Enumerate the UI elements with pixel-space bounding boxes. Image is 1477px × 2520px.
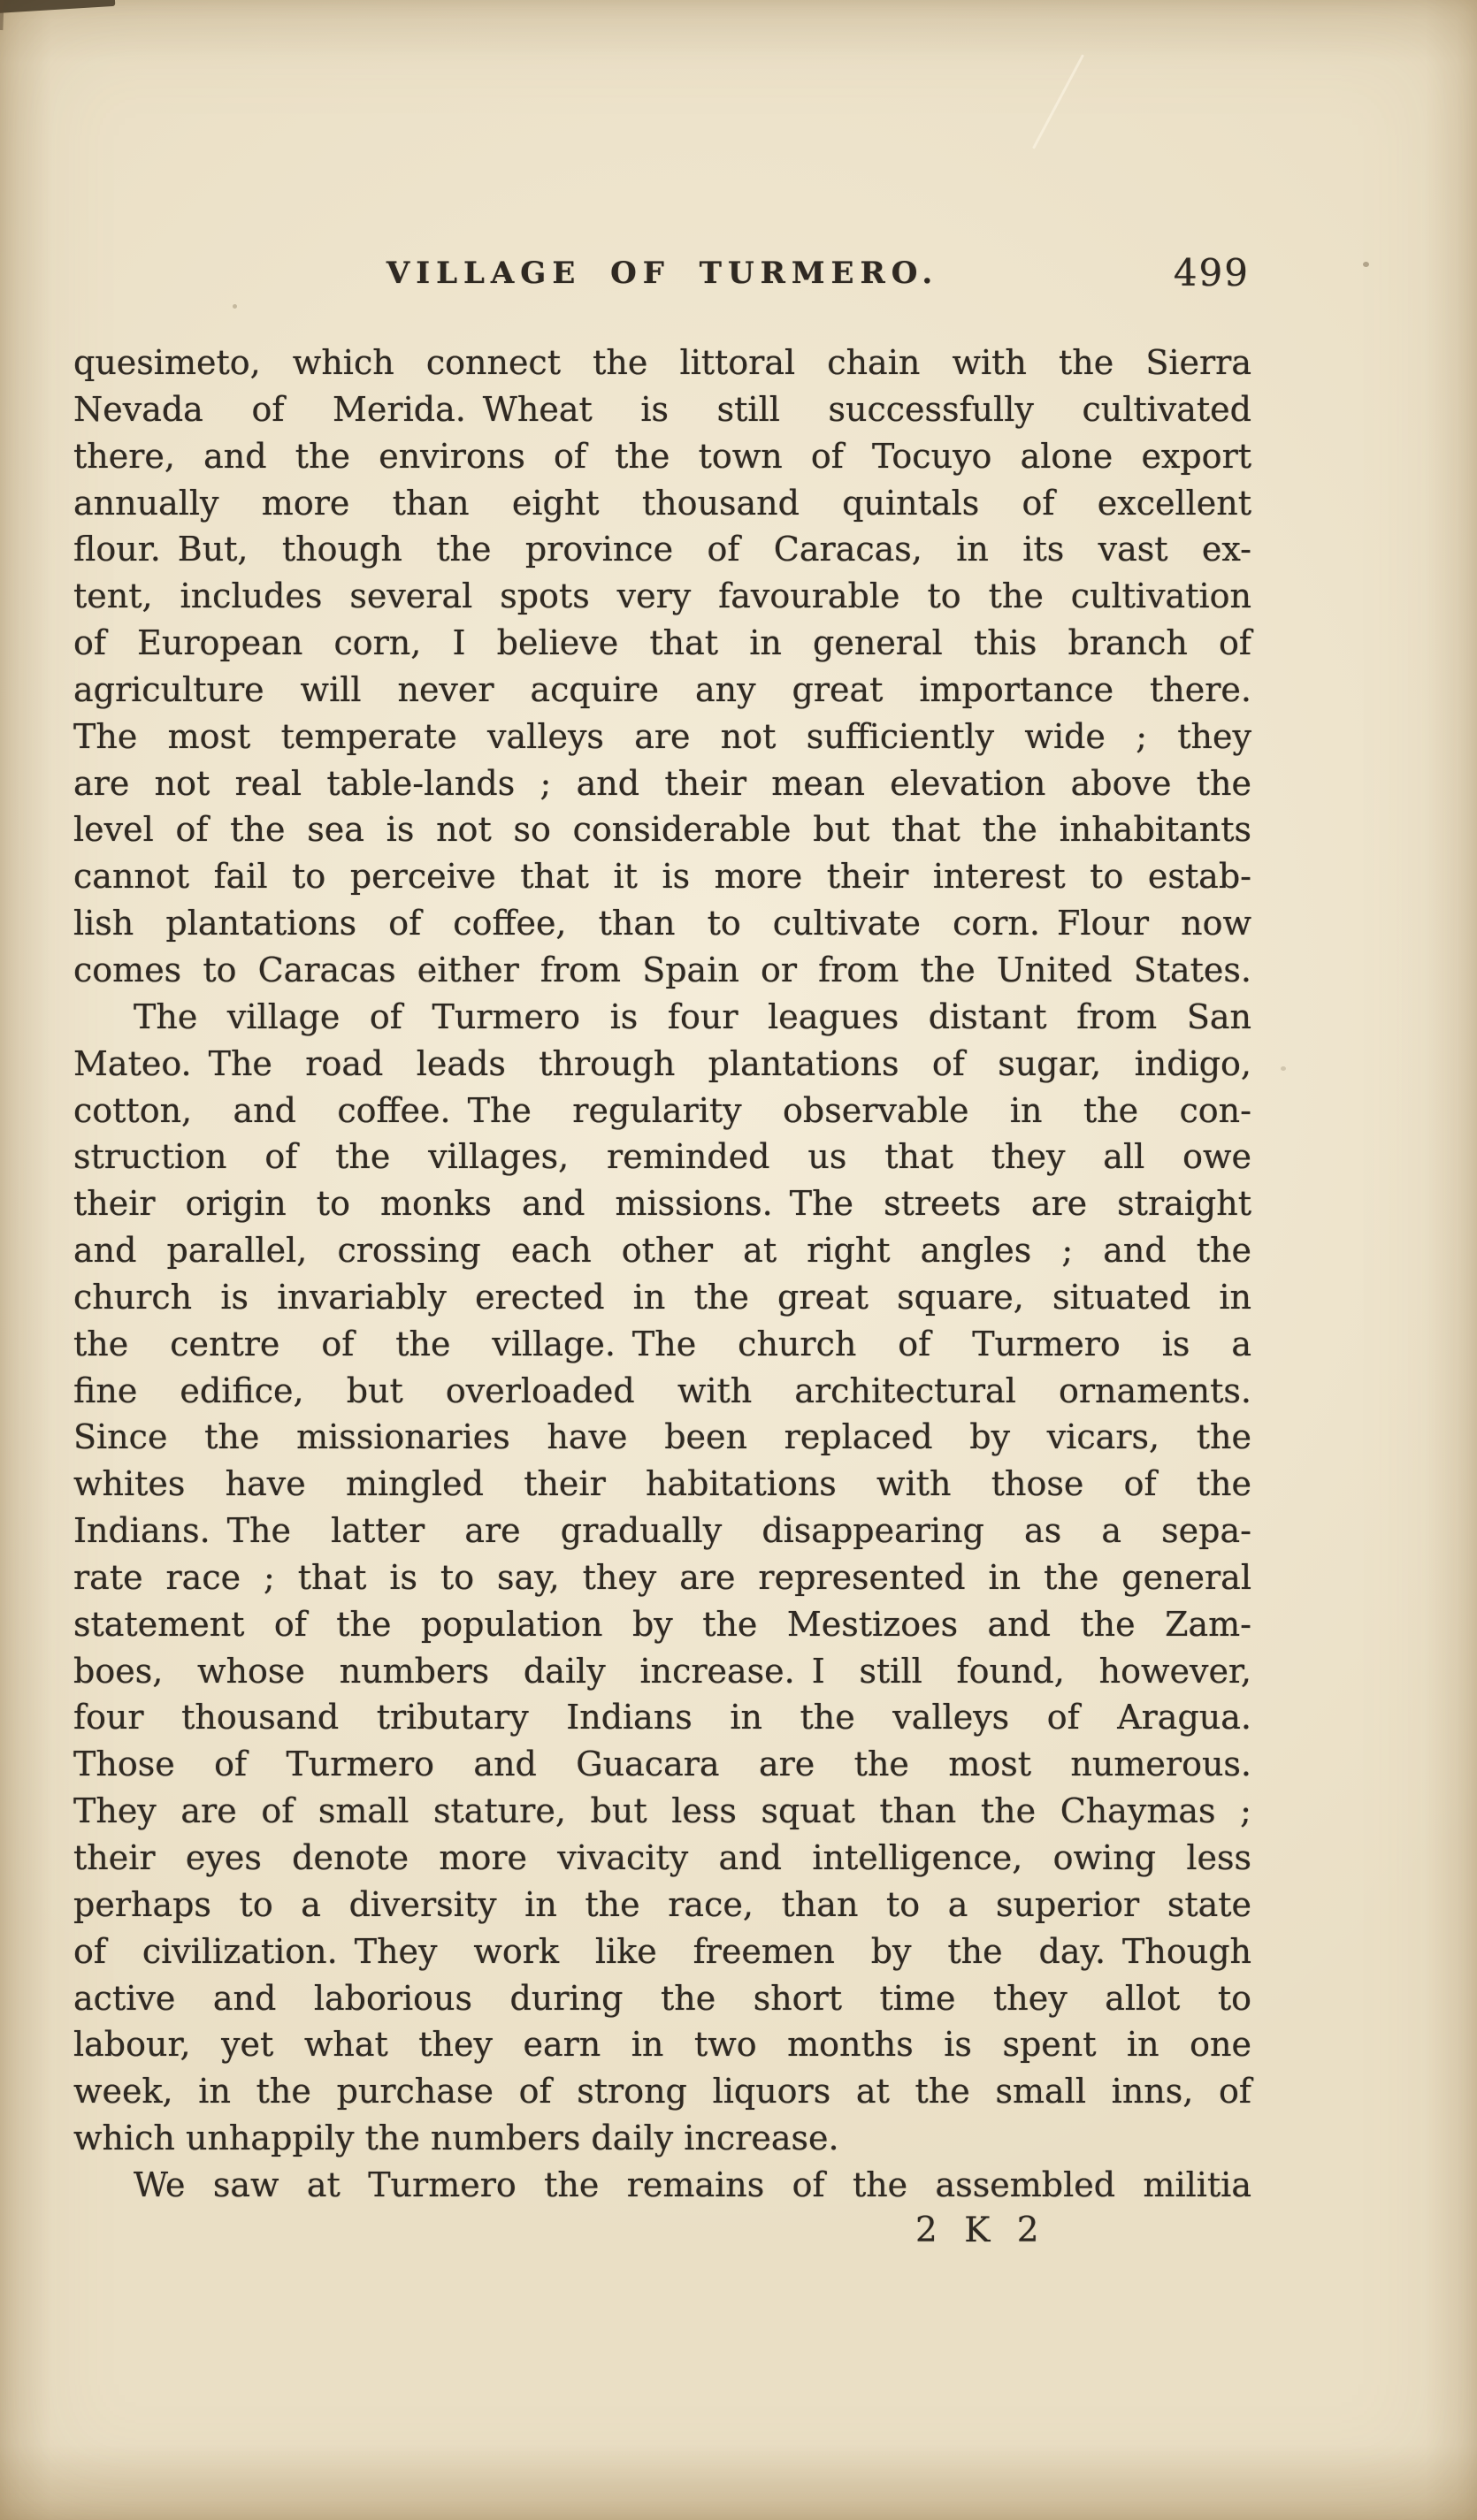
text-line: there, and the environs of the town of T… (73, 433, 1251, 480)
text-line: Since the missionaries have been replace… (73, 1414, 1251, 1461)
text-line: Nevada of Merida. Wheat is still success… (73, 386, 1251, 433)
text-line: We saw at Turmero the remains of the ass… (73, 2162, 1251, 2209)
text-line: fine edifice, but overloaded with archit… (73, 1368, 1251, 1415)
scanned-page: VILLAGE OF TURMERO. 499 quesimeto, which… (0, 0, 1477, 2520)
text-line: annually more than eight thousand quinta… (73, 480, 1251, 527)
text-line: The most temperate valleys are not suffi… (73, 714, 1251, 760)
text-line: agriculture will never acquire any great… (73, 667, 1251, 714)
page-number: 499 (1174, 251, 1250, 294)
text-line: perhaps to a diversity in the race, than… (73, 1882, 1251, 1928)
text-line: flour. But, though the province of Carac… (73, 526, 1251, 573)
text-line: whites have mingled their habitations wi… (73, 1461, 1251, 1508)
text-line: lish plantations of coffee, than to cult… (73, 900, 1251, 947)
text-line: their eyes denote more vivacity and inte… (73, 1835, 1251, 1882)
text-line: are not real table-lands ; and their mea… (73, 760, 1251, 807)
text-line: church is invariably erected in the grea… (73, 1274, 1251, 1321)
paper-speck (233, 304, 237, 309)
text-line: week, in the purchase of strong liquors … (73, 2068, 1251, 2115)
text-line: They are of small stature, but less squa… (73, 1788, 1251, 1835)
text-line: their origin to monks and missions. The … (73, 1180, 1251, 1227)
scan-edge-artifact (0, 0, 4, 30)
text-line: and parallel, crossing each other at rig… (73, 1227, 1251, 1274)
text-line: active and laborious during the short ti… (73, 1975, 1251, 2022)
text-line: quesimeto, which connect the littoral ch… (73, 340, 1251, 386)
text-line: cotton, and coffee. The regularity obser… (73, 1088, 1251, 1134)
text-line: of civilization. They work like freemen … (73, 1928, 1251, 1975)
text-line: Indians. The latter are gradually disapp… (73, 1508, 1251, 1554)
text-line: four thousand tributary Indians in the v… (73, 1694, 1251, 1741)
text-block: quesimeto, which connect the littoral ch… (73, 340, 1251, 2209)
text-line: of European corn, I believe that in gene… (73, 620, 1251, 667)
paper-speck (1281, 1066, 1286, 1071)
text-line: Mateo. The road leads through plantation… (73, 1041, 1251, 1088)
text-line: The village of Turmero is four leagues d… (73, 994, 1251, 1041)
text-line: the centre of the village. The church of… (73, 1321, 1251, 1368)
paper-speck (1363, 262, 1369, 267)
running-title: VILLAGE OF TURMERO. (73, 256, 1251, 291)
printers-signature: 2 K 2 (915, 2211, 1047, 2250)
text-line: Those of Turmero and Guacara are the mos… (73, 1741, 1251, 1788)
text-line: statement of the population by the Mesti… (73, 1601, 1251, 1648)
text-line: labour, yet what they earn in two months… (73, 2021, 1251, 2068)
text-line: rate race ; that is to say, they are rep… (73, 1554, 1251, 1601)
text-line: struction of the villages, reminded us t… (73, 1134, 1251, 1180)
page-header: VILLAGE OF TURMERO. 499 (73, 251, 1251, 297)
text-line: level of the sea is not so considerable … (73, 806, 1251, 853)
scan-edge-artifact (0, 0, 115, 13)
text-line: cannot fail to perceive that it is more … (73, 853, 1251, 900)
text-line: comes to Caracas either from Spain or fr… (73, 947, 1251, 994)
text-line: boes, whose numbers daily increase. I st… (73, 1648, 1251, 1695)
paper-crease (1032, 54, 1084, 149)
text-line: which unhappily the numbers daily increa… (73, 2115, 1251, 2162)
text-line: tent, includes several spots very favour… (73, 573, 1251, 620)
